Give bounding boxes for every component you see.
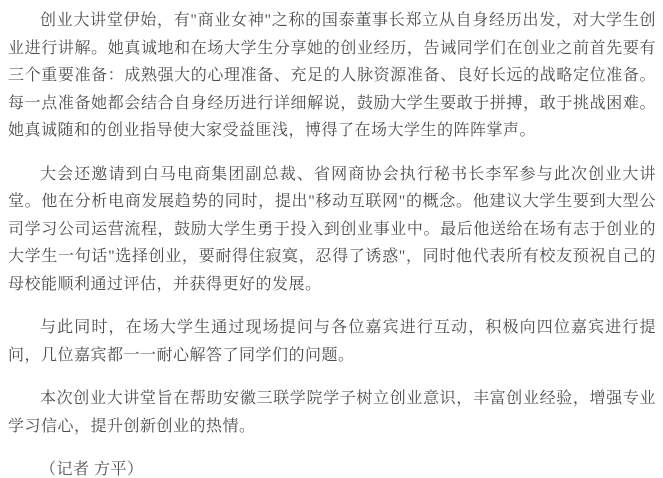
- article-paragraph-4: 本次创业大讲堂旨在帮助安徽三联学院学子树立创业意识，丰富创业经验，增强专业学习信…: [8, 385, 656, 440]
- article-paragraph-2: 大会还邀请到白马电商集团副总裁、省网商协会执行秘书长李军参与此次创业大讲堂。他在…: [8, 161, 656, 299]
- page-background: { "article": { "language": "zh-CN", "tex…: [0, 0, 663, 478]
- article-byline: （记者 方平）: [8, 456, 656, 478]
- article-paragraph-3: 与此同时，在场大学生通过现场提问与各位嘉宾进行互动，积极向四位嘉宾进行提问，几位…: [8, 314, 656, 369]
- article-paragraph-1: 创业大讲堂伊始，有"商业女神"之称的国泰董事长郑立从自身经历出发，对大学生创业进…: [8, 7, 656, 145]
- article-body: 创业大讲堂伊始，有"商业女神"之称的国泰董事长郑立从自身经历出发，对大学生创业进…: [0, 0, 663, 478]
